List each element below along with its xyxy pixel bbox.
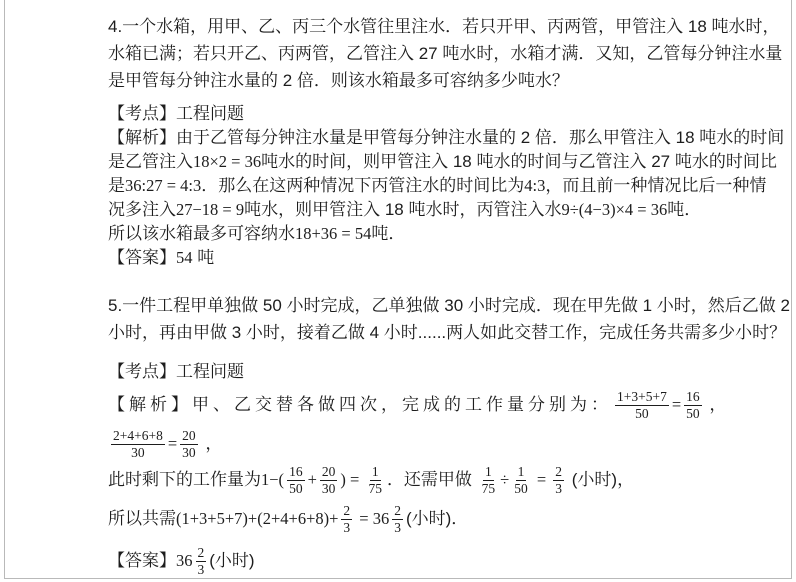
fraction: 150 — [512, 464, 530, 497]
fraction: 2030 — [320, 464, 338, 497]
p5-jiexi-line2: 2+4+6+830=2030 ， — [108, 426, 724, 462]
text-run: (小时)， — [567, 468, 634, 492]
fraction-numerator: 1 — [370, 464, 381, 481]
text-run: ，而且前一种情况比后一种情 — [545, 174, 766, 198]
fraction: 23 — [196, 545, 207, 578]
fraction-numerator: 2 — [196, 545, 207, 562]
text-run: 况多注入 — [108, 198, 176, 222]
text-run: 【解析】甲、乙交替各做四次，完成的工作量分别为： — [108, 393, 612, 417]
text-run: ．那么在这两种情况下丙管注水的时间比为 — [201, 174, 524, 198]
text-run: 【答案】 — [108, 246, 176, 270]
p5-statement-line2: 小时，再由甲做 3 小时，接着乙做 4 小时......两人如此交替工作，完成任… — [108, 319, 724, 346]
document-body: 4.一个水箱，用甲、乙、丙三个水管往里注水．若只开甲、丙两管，甲管注入 18 吨… — [108, 13, 724, 582]
text-run: 【解析】由于乙管每分钟注水量是甲管每分钟注水量的 2 倍．那么甲管注入 18 吨… — [108, 126, 784, 150]
text-run: 所以共需 — [108, 507, 176, 531]
text-run: 是甲管每分钟注水量的 2 倍．则该水箱最多可容纳多少吨水？ — [108, 67, 569, 94]
fraction: 23 — [553, 464, 564, 497]
text-run: 小时，再由甲做 3 小时，接着乙做 4 小时......两人如此交替工作，完成任… — [108, 319, 786, 346]
math-run: = 36 — [355, 507, 389, 531]
fraction: 1650 — [684, 389, 702, 422]
text-run: 吨水的时间，则甲管注入 18 吨水的时间与乙管注入 27 吨水的时间比 — [261, 150, 777, 174]
p5-daan: 【答案】3623(小时) — [108, 540, 724, 582]
text-run: ．还需甲做 — [387, 468, 477, 492]
fraction-denominator: 3 — [392, 520, 403, 536]
p4-jiexi-line2: 是乙管注入18×2 = 36吨水的时间，则甲管注入 18 吨水的时间与乙管注入 … — [108, 150, 724, 174]
fraction-denominator: 50 — [512, 481, 530, 497]
text-run: 是 — [108, 174, 125, 198]
p4-jiexi-line1: 【解析】由于乙管每分钟注水量是甲管每分钟注水量的 2 倍．那么甲管注入 18 吨… — [108, 126, 724, 150]
fraction-numerator: 2 — [392, 503, 403, 520]
fraction-denominator: 3 — [196, 562, 207, 578]
text-run: 此时剩下的工作量为 — [108, 468, 261, 492]
fraction: 175 — [480, 464, 498, 497]
fraction-numerator: 1+3+5+7 — [615, 389, 669, 406]
p5-jiexi-line4: 所以共需(1+3+5+7)+(2+4+6+8)+23 = 3623(小时)． — [108, 498, 724, 540]
fraction-denominator: 50 — [684, 406, 702, 422]
math-run: 18×2 = 36 — [193, 150, 261, 174]
text-run: 是乙管注入 — [108, 150, 193, 174]
fraction: 2+4+6+830 — [111, 428, 165, 461]
fraction-denominator: 30 — [180, 445, 198, 461]
math-run: + — [308, 468, 317, 492]
text-run: 所以该水箱最多可容纳水 — [108, 222, 295, 246]
fraction-numerator: 16 — [287, 464, 305, 481]
text-run: 吨． — [371, 222, 405, 246]
fraction-numerator: 1 — [516, 464, 527, 481]
fraction-numerator: 2+4+6+8 — [111, 428, 165, 445]
fraction-denominator: 50 — [287, 481, 305, 497]
text-run: ， — [201, 432, 223, 456]
fraction-denominator: 75 — [366, 481, 384, 497]
math-run: 36:27 = 4:3 — [125, 174, 201, 198]
fraction-numerator: 1 — [483, 464, 494, 481]
text-run: 水箱已满；若只开乙、丙两管，乙管注入 27 吨水时，水箱才满．又知，乙管每分钟注… — [108, 40, 782, 67]
p4-daan: 【答案】54 吨 — [108, 246, 724, 270]
p4-kaodian: 【考点】工程问题 — [108, 102, 724, 126]
p5-statement-line1: 5.一件工程甲单独做 50 小时完成，乙单独做 30 小时完成．现在甲先做 1 … — [108, 292, 724, 319]
fraction-numerator: 20 — [320, 464, 338, 481]
text-run: 吨 — [193, 246, 215, 270]
fraction: 2030 — [180, 428, 198, 461]
p4-jiexi-line5: 所以该水箱最多可容纳水18+36 = 54吨． — [108, 222, 724, 246]
text-run: 【考点】工程问题 — [108, 102, 244, 126]
math-run: ) = — [340, 468, 363, 492]
math-run: (1+3+5+7)+(2+4+6+8)+ — [176, 507, 338, 531]
p4-statement-line2: 水箱已满；若只开乙、丙两管，乙管注入 27 吨水时，水箱才满．又知，乙管每分钟注… — [108, 40, 724, 67]
text-run: (小时) — [209, 549, 254, 573]
p4-statement-line3: 是甲管每分钟注水量的 2 倍．则该水箱最多可容纳多少吨水？ — [108, 67, 724, 94]
p5-kaodian: 【考点】工程问题 — [108, 360, 724, 384]
fraction: 175 — [366, 464, 384, 497]
p4-jiexi-line4: 况多注入27−18 = 9吨水，则甲管注入 18 吨水时，丙管注入水9÷(4−3… — [108, 198, 724, 222]
text-run: 吨水，则甲管注入 18 吨水时，丙管注入水 — [244, 198, 561, 222]
math-run: ÷ — [500, 468, 509, 492]
math-run: 27−18 = 9 — [176, 198, 244, 222]
fraction-numerator: 2 — [553, 464, 564, 481]
fraction-denominator: 30 — [129, 445, 147, 461]
fraction: 1+3+5+750 — [615, 389, 669, 422]
text-run: 【答案】 — [108, 549, 176, 573]
math-run: 18+36 = 54 — [295, 222, 371, 246]
fraction-denominator: 75 — [480, 481, 498, 497]
text-run: 5.一件工程甲单独做 50 小时完成，乙单独做 30 小时完成．现在甲先做 1 … — [108, 292, 790, 319]
math-run: = — [168, 432, 177, 456]
fraction: 1650 — [287, 464, 305, 497]
math-run: = — [672, 393, 681, 417]
math-run: 4:3 — [524, 174, 545, 198]
math-run: 9÷(4−3)×4 = 36 — [561, 198, 667, 222]
math-run: 54 — [176, 246, 193, 270]
text-run: 4.一个水箱，用甲、乙、丙三个水管往里注水．若只开甲、丙两管，甲管注入 18 吨… — [108, 13, 780, 40]
math-run: = — [533, 468, 551, 492]
fraction-denominator: 3 — [341, 520, 352, 536]
p5-jiexi-line3: 此时剩下的工作量为1−(1650+2030) = 175．还需甲做 175÷15… — [108, 462, 724, 498]
math-run: 36 — [176, 549, 193, 573]
fraction: 23 — [392, 503, 403, 536]
fraction-numerator: 16 — [684, 389, 702, 406]
fraction-numerator: 2 — [341, 503, 352, 520]
p4-statement-line1: 4.一个水箱，用甲、乙、丙三个水管往里注水．若只开甲、丙两管，甲管注入 18 吨… — [108, 13, 724, 40]
text-run: ， — [705, 393, 727, 417]
fraction-numerator: 20 — [180, 428, 198, 445]
fraction-denominator: 3 — [553, 481, 564, 497]
fraction-denominator: 50 — [633, 406, 651, 422]
p5-jiexi-line1: 【解析】甲、乙交替各做四次，完成的工作量分别为：1+3+5+750=1650 ， — [108, 384, 724, 426]
fraction: 23 — [341, 503, 352, 536]
text-run: (小时)． — [406, 507, 468, 531]
p4-jiexi-line3: 是36:27 = 4:3．那么在这两种情况下丙管注水的时间比为4:3，而且前一种… — [108, 174, 724, 198]
text-run: 吨． — [667, 198, 701, 222]
fraction-denominator: 30 — [320, 481, 338, 497]
text-run: 【考点】工程问题 — [108, 360, 244, 384]
math-run: 1−( — [261, 468, 284, 492]
